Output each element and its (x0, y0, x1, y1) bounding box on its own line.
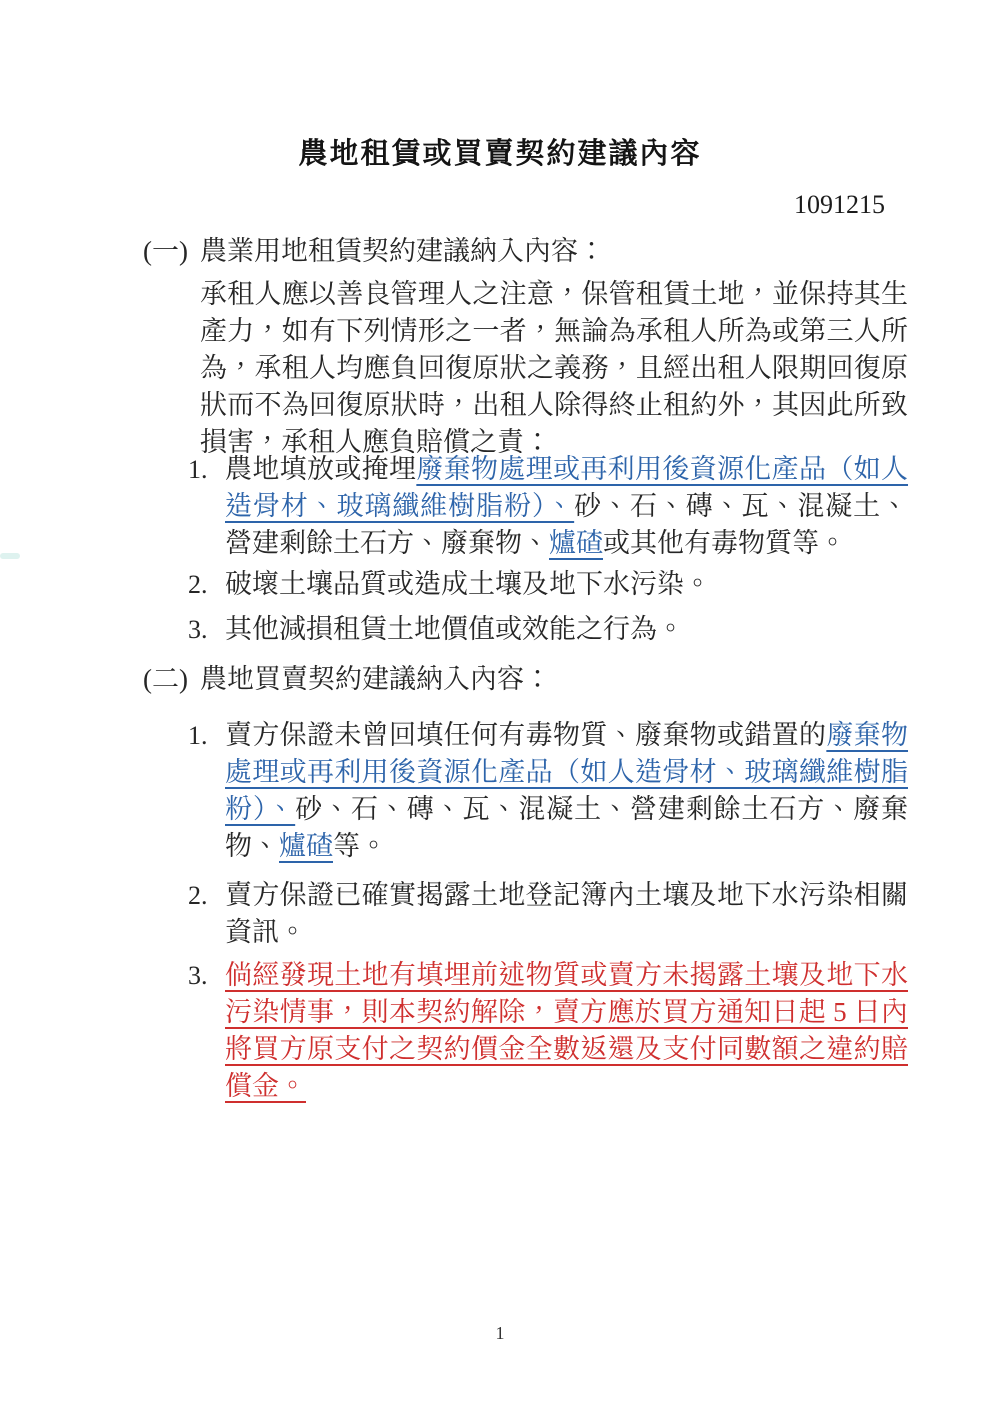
item-number: 1. (188, 451, 225, 562)
page-number: 1 (0, 1322, 1000, 1344)
section-1-item-2: 2. 破壞土壤品質或造成土壤及地下水污染。 (188, 566, 908, 603)
term-blue-underlined: 爐碴 (549, 528, 603, 558)
text-segment: 或其他有毒物質等。 (603, 528, 846, 558)
term-red-underlined: 倘經發現土地有填埋前述物質或賣方未揭露土壤及地下水污染情事，則本契約解除，賣方應… (225, 960, 908, 1101)
item-number: 1. (188, 717, 225, 865)
text-segment: 等。 (333, 831, 387, 861)
section-2-item-2: 2. 賣方保證已確實揭露土地登記簿內土壤及地下水污染相關資訊。 (188, 877, 908, 951)
page-title: 農地租賃或買賣契約建議內容 (0, 136, 1000, 173)
scan-artifact-mark (0, 553, 20, 559)
section-1-marker: (一) (143, 233, 200, 270)
document-date: 1091215 (0, 186, 885, 223)
item-number: 2. (188, 877, 225, 951)
item-text: 破壞土壤品質或造成土壤及地下水污染。 (225, 566, 908, 603)
section-1-item-1: 1. 農地填放或掩埋廢棄物處理或再利用後資源化產品（如人造骨材、玻璃纖維樹脂粉）… (188, 451, 908, 562)
text-segment: 賣方保證未曾回填任何有毒物質、廢棄物或錯置的 (225, 720, 826, 750)
section-2-item-3: 3. 倘經發現土地有填埋前述物質或賣方未揭露土壤及地下水污染情事，則本契約解除，… (188, 957, 908, 1105)
term-blue-underlined: 爐碴 (279, 831, 333, 861)
section-2-heading-text: 農地買賣契約建議納入內容： (200, 661, 908, 698)
section-2-marker: (二) (143, 661, 200, 698)
item-number: 3. (188, 611, 225, 648)
section-1-item-3: 3. 其他減損租賃土地價值或效能之行為。 (188, 611, 908, 648)
item-number: 2. (188, 566, 225, 603)
section-2-heading: (二) 農地買賣契約建議納入內容： (143, 661, 908, 698)
section-2-item-1: 1. 賣方保證未曾回填任何有毒物質、廢棄物或錯置的廢棄物處理或再利用後資源化產品… (188, 717, 908, 865)
item-text: 倘經發現土地有填埋前述物質或賣方未揭露土壤及地下水污染情事，則本契約解除，賣方應… (225, 957, 908, 1105)
item-text: 農地填放或掩埋廢棄物處理或再利用後資源化產品（如人造骨材、玻璃纖維樹脂粉）、砂、… (225, 451, 908, 562)
text-segment: 農地填放或掩埋 (225, 454, 416, 484)
section-1-heading: (一) 農業用地租賃契約建議納入內容： (143, 233, 908, 270)
item-text: 其他減損租賃土地價值或效能之行為。 (225, 611, 908, 648)
item-number: 3. (188, 957, 225, 1105)
section-1-intro-paragraph: 承租人應以善良管理人之注意，保管租賃土地，並保持其生產力，如有下列情形之一者，無… (200, 276, 908, 461)
item-text: 賣方保證未曾回填任何有毒物質、廢棄物或錯置的廢棄物處理或再利用後資源化產品（如人… (225, 717, 908, 865)
item-text: 賣方保證已確實揭露土地登記簿內土壤及地下水污染相關資訊。 (225, 877, 908, 951)
section-1-heading-text: 農業用地租賃契約建議納入內容： (200, 233, 908, 270)
document-page: 農地租賃或買賣契約建議內容 1091215 (一) 農業用地租賃契約建議納入內容… (0, 0, 1000, 1414)
